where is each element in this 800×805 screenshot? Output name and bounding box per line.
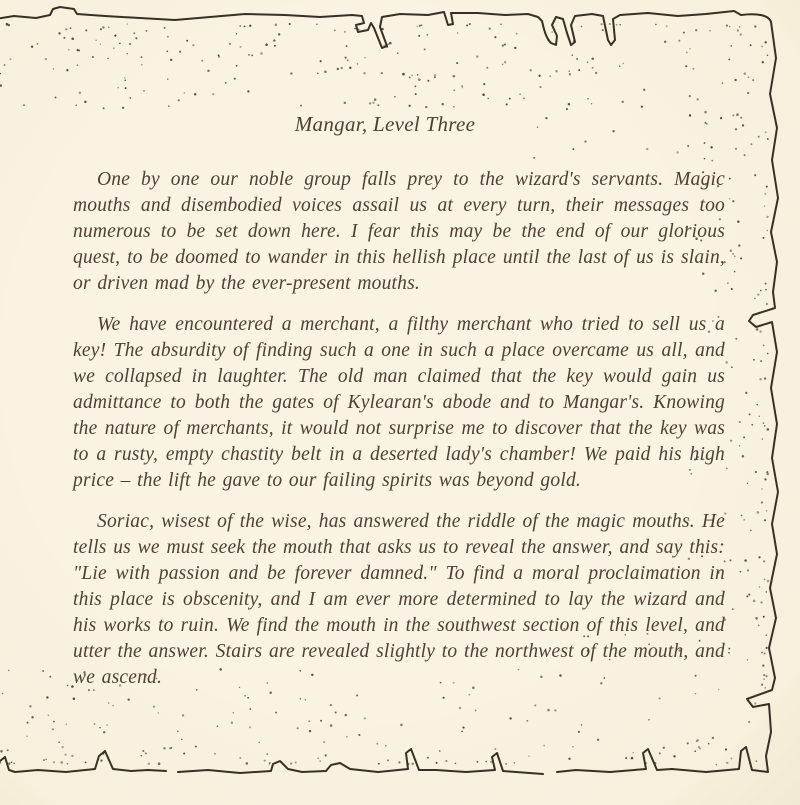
paragraph-2: We have encountered a merchant, a filthy… — [73, 312, 725, 494]
page-title: Mangar, Level Three — [59, 112, 711, 137]
paragraph-3: Soriac, wisest of the wise, has answered… — [73, 509, 725, 691]
journal-text: Mangar, Level Three One by one our noble… — [73, 112, 725, 706]
paragraph-1: One by one our noble group falls prey to… — [73, 167, 725, 297]
scanned-journal-page: Mangar, Level Three One by one our noble… — [0, 0, 800, 805]
torn-edge-bottom — [178, 749, 543, 774]
torn-edge-bottom-left — [0, 751, 166, 772]
